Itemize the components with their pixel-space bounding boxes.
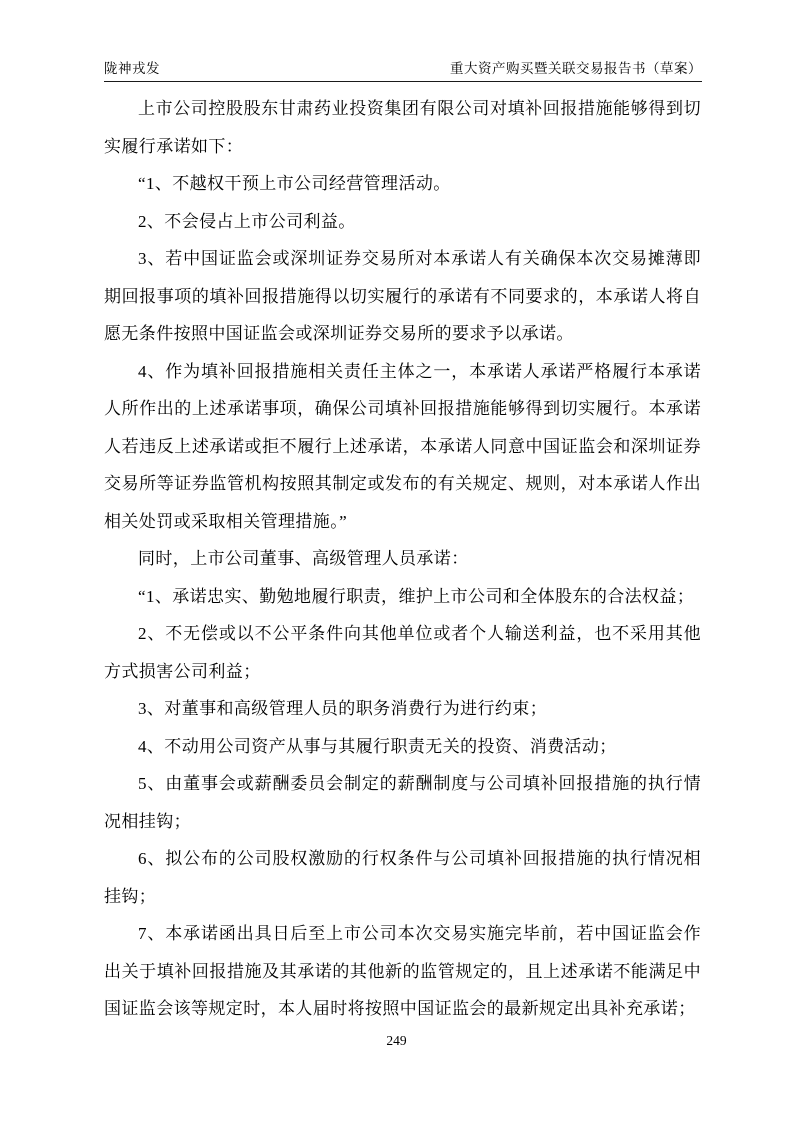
paragraph-shareholder-commitment-4: 4、作为填补回报措施相关责任主体之一，本承诺人承诺严格履行本承诺人所作出的上述承… (104, 353, 701, 541)
paragraph-director-commitment-3: 3、对董事和高级管理人员的职务消费行为进行约束； (104, 690, 701, 728)
header-company-name: 陇神戎发 (104, 57, 160, 77)
paragraph-director-commitment-4: 4、不动用公司资产从事与其履行职责无关的投资、消费活动； (104, 728, 701, 766)
page-header: 陇神戎发 重大资产购买暨关联交易报告书（草案） (104, 53, 702, 82)
paragraph-director-commitment-6: 6、拟公布的公司股权激励的行权条件与公司填补回报措施的执行情况相挂钩； (104, 840, 701, 915)
paragraph-director-commitment-5: 5、由董事会或薪酬委员会制定的薪酬制度与公司填补回报措施的执行情况相挂钩； (104, 765, 701, 840)
page-number: 249 (386, 1033, 406, 1048)
paragraph-director-commitment-7: 7、本承诺函出具日后至上市公司本次交易实施完毕前，若中国证监会作出关于填补回报措… (104, 915, 701, 1028)
paragraph-shareholder-commitment-1: “1、不越权干预上市公司经营管理活动。 (104, 165, 701, 203)
paragraph-director-commitment-1: “1、承诺忠实、勤勉地履行职责，维护上市公司和全体股东的合法权益； (104, 578, 701, 616)
document-page: 陇神戎发 重大资产购买暨关联交易报告书（草案） 上市公司控股股东甘肃药业投资集团… (0, 0, 793, 1122)
paragraph-shareholder-commitment-3: 3、若中国证监会或深圳证券交易所对本承诺人有关确保本次交易摊薄即期回报事项的填补… (104, 240, 701, 353)
paragraph-intro-directors: 同时，上市公司董事、高级管理人员承诺： (104, 540, 701, 578)
document-body: 上市公司控股股东甘肃药业投资集团有限公司对填补回报措施能够得到切实履行承诺如下：… (104, 90, 701, 1028)
header-report-title: 重大资产购买暨关联交易报告书（草案） (450, 57, 702, 77)
paragraph-intro-controlling-shareholder: 上市公司控股股东甘肃药业投资集团有限公司对填补回报措施能够得到切实履行承诺如下： (104, 90, 701, 165)
page-footer: 249 (0, 1033, 793, 1049)
paragraph-shareholder-commitment-2: 2、不会侵占上市公司利益。 (104, 203, 701, 241)
paragraph-director-commitment-2: 2、不无偿或以不公平条件向其他单位或者个人输送利益，也不采用其他方式损害公司利益… (104, 615, 701, 690)
